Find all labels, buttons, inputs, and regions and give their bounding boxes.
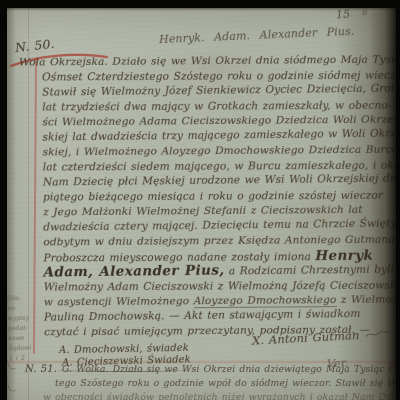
margin-annotation: Zda- no wypisy podat- kowe Sądowi 1 i 2	[7, 294, 34, 365]
child-given-name-2: Adam, Alexander Pius,	[43, 262, 224, 280]
handwriting-line-name-2: Adam, Alexander Pius, a Rodzicami Chrzes…	[44, 262, 394, 281]
red-pencil-margin-line	[33, 58, 37, 354]
handwriting-line: Stawił się Wielmożny Józef Sienkiewicz O…	[42, 82, 392, 101]
handwriting-line: piątego bieżącego miesiąca i roku o godz…	[43, 189, 393, 206]
assist-prefix: w asystencji Wielmożnego	[44, 295, 194, 308]
handwriting-line: Nam Dziecię płci Męskiej urodzone we Wsi…	[43, 172, 393, 191]
margin-note-line: Sądowi	[9, 344, 34, 355]
margin-stroke-mark	[7, 381, 16, 392]
paper-sheet: 15 8 Henryk. Adam. Alexander Pius. N. 50…	[7, 8, 396, 400]
folio-number: 15	[336, 8, 351, 21]
handwriting-line: Wielmożny Adam Cieciszowski z Wielmożną …	[44, 279, 394, 296]
next-record-line: tego Szóstego roku o godzinie wpół do si…	[55, 378, 396, 389]
record-body-text: Wola Okrzejska. Działo się we Wsi Okrzei…	[42, 53, 394, 341]
record-header-child-name: Henryk. Adam. Alexander Pius.	[159, 23, 394, 46]
handwriting-line: Wola Okrzejska. Działo się we Wsi Okrzei…	[42, 53, 392, 71]
register-page-scan: 15 8 Henryk. Adam. Alexander Pius. N. 50…	[0, 0, 400, 400]
assist-suffix: z Wielmożną	[336, 293, 396, 306]
handwriting-line: skiej, i Wielmożnego Aloyzego Dmochowski…	[43, 143, 393, 161]
assist-underlined-name: Aloyzego Dmochowskiego	[194, 294, 337, 308]
name-line-suffix: a Rodzicami Chrzestnymi byli	[224, 264, 394, 278]
next-record-line-clipped: w obecności świadków pełnoletnich niżej …	[43, 392, 396, 400]
signature-paraph	[364, 327, 391, 340]
margin-note-line: wypisy	[7, 314, 32, 325]
handwriting-line: lat trzydzieści dwa mający w Grotkach za…	[42, 99, 392, 116]
next-act-number: N. 51.	[25, 364, 57, 375]
next-record-text: G. Wólka. Działo się we Wsi Okrzei dnia …	[62, 364, 396, 375]
folio-mark: 8	[362, 8, 368, 18]
next-record-line: N. 51.G. Wólka. Działo się we Wsi Okrzei…	[25, 364, 396, 375]
